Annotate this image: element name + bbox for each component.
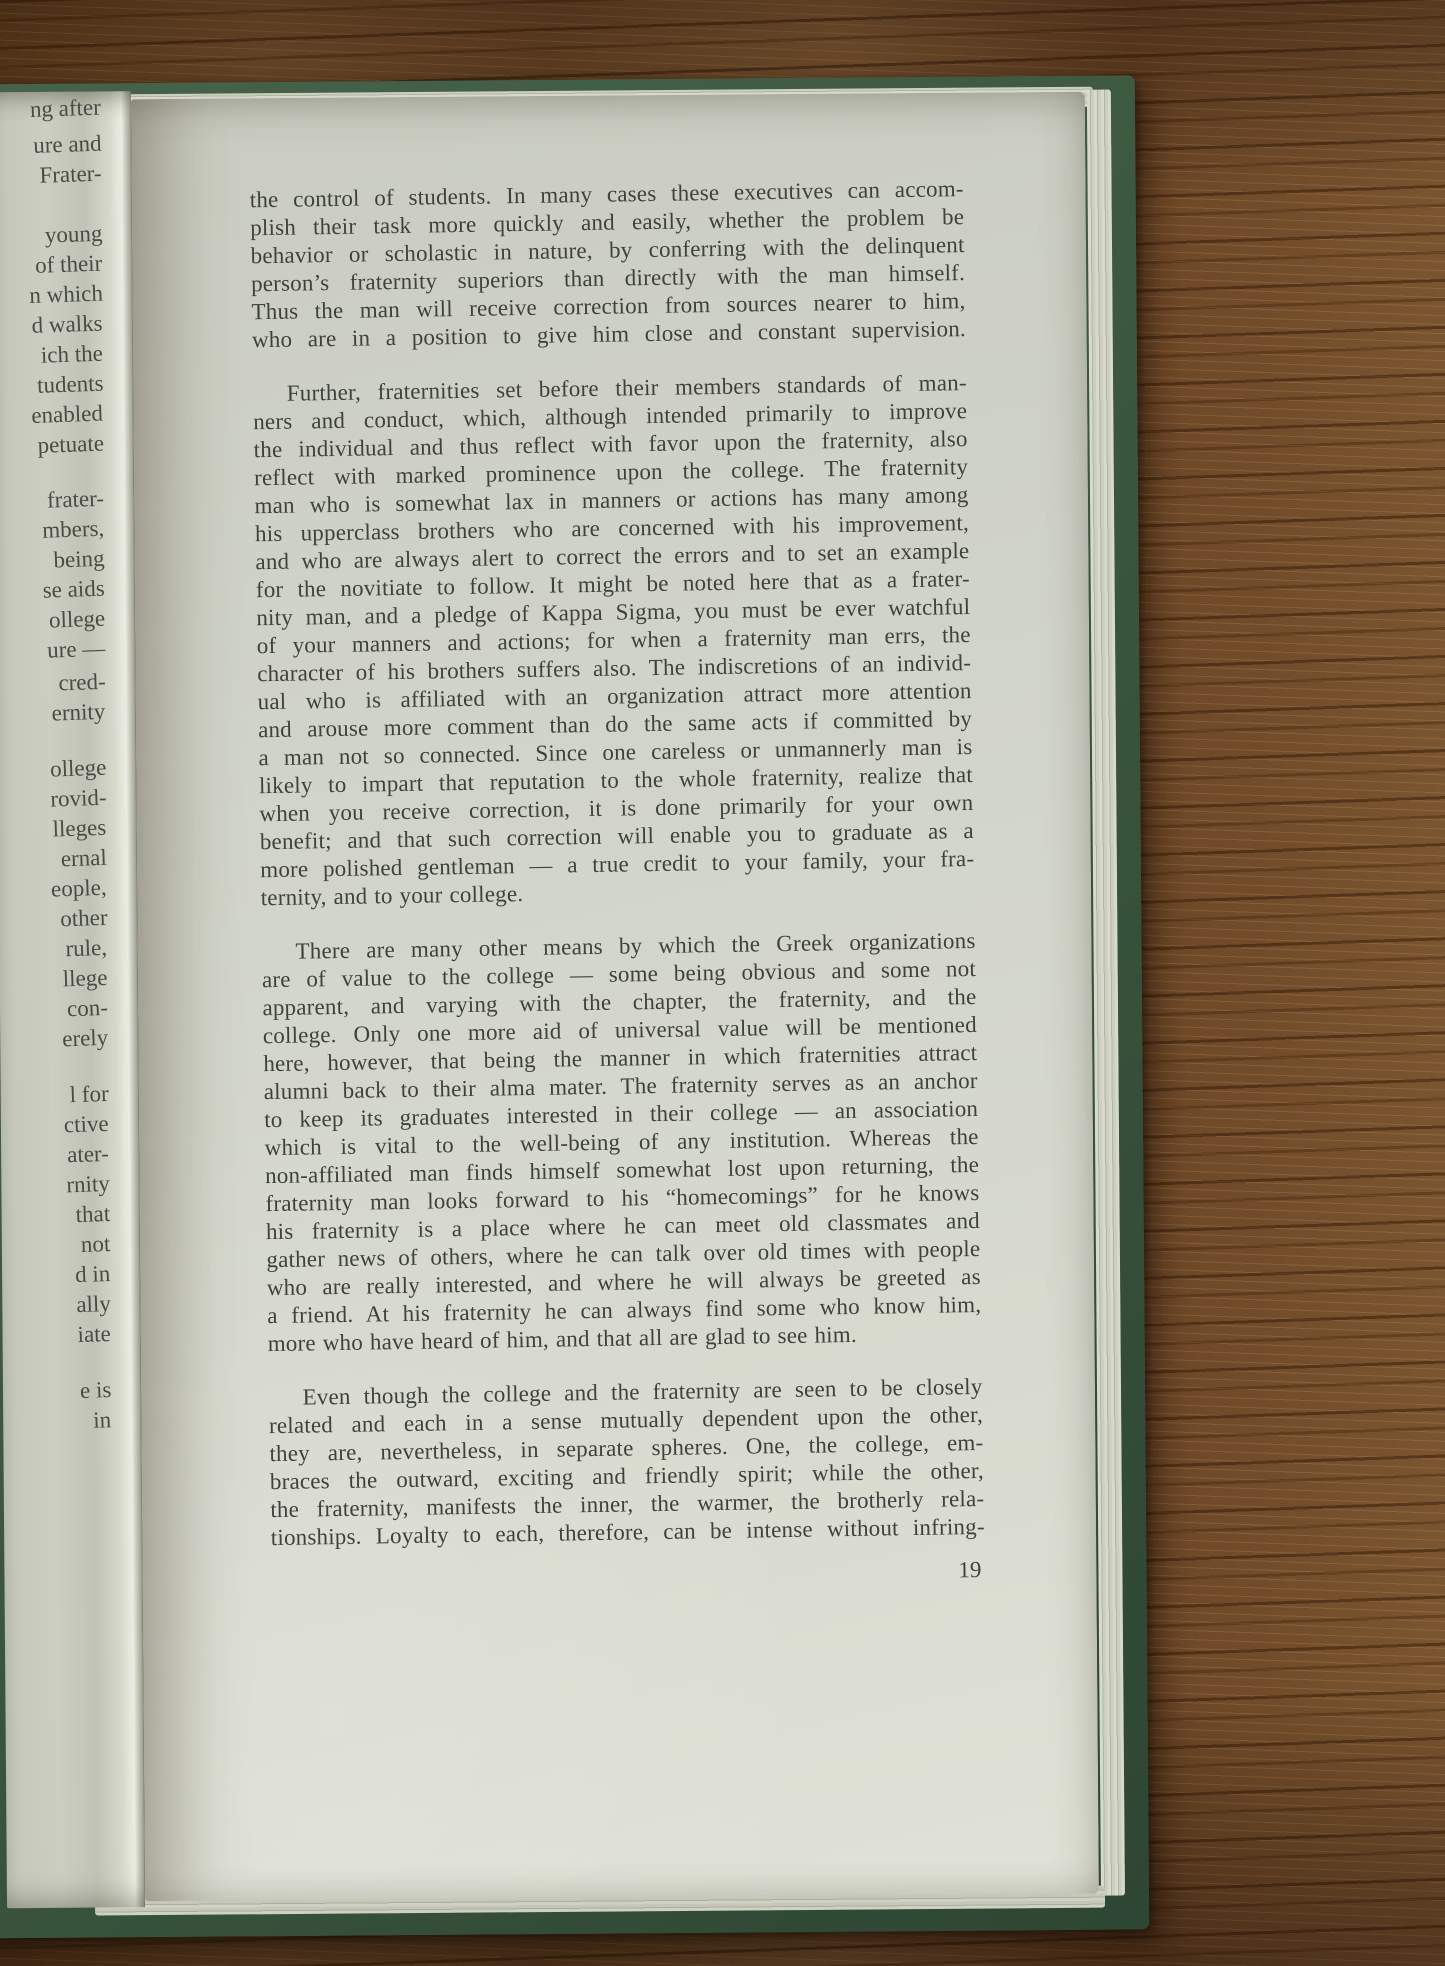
page-fragment-text: erely <box>62 1025 109 1053</box>
page-fragment-text: being <box>53 546 105 574</box>
page-fragment-text: rnity <box>65 1171 109 1198</box>
paragraphs-container: the control of students. In many cases t… <box>250 175 985 1552</box>
page-fragment-text: petuate <box>37 431 104 459</box>
page-fragment-text: l for <box>69 1081 109 1108</box>
page-fragment-text: ally <box>75 1291 110 1318</box>
page-fragment-text: tudents <box>36 371 103 399</box>
page-fragment-text: mbers, <box>42 516 105 544</box>
book-photo: ng afterure andFrater-youngof theirn whi… <box>0 0 1445 1966</box>
page-fragment-text: rovid- <box>50 785 107 813</box>
page-fragment-text: con- <box>67 995 109 1022</box>
page-fragment-text: rule, <box>66 935 108 962</box>
page-fragment-text: that <box>75 1201 110 1228</box>
left-page-edge: ng afterure andFrater-youngof theirn whi… <box>0 91 145 1908</box>
page-fragment-text: llege <box>63 965 109 993</box>
page-fragment-text: of their <box>35 251 103 279</box>
paragraph: the control of students. In many cases t… <box>250 175 967 354</box>
page-fragment-text: cred- <box>58 669 106 697</box>
page-fragment-text: ng after <box>30 95 102 123</box>
page-fragment-text: Frater- <box>39 161 102 189</box>
page-fragment-text: se aids <box>42 576 105 604</box>
page-fragment-text: n which <box>29 281 103 309</box>
page-fragment-text: d walks <box>31 311 103 339</box>
page-fragment-text: eople, <box>51 875 107 903</box>
page-fragment-text: d in <box>75 1261 111 1288</box>
page-fragment-text: ollege <box>48 606 105 634</box>
page-number: 19 <box>271 1557 985 1594</box>
page-fragment-text: frater- <box>47 486 105 514</box>
page-fragment-text: ater- <box>67 1141 110 1168</box>
main-page: the control of students. In many cases t… <box>131 92 1099 1901</box>
page-fragment-text: not <box>80 1231 110 1258</box>
book: ng afterure andFrater-youngof theirn whi… <box>0 75 1149 1938</box>
page-fragment-text: other <box>60 905 108 933</box>
page-fragment-text: ollege <box>49 755 106 783</box>
paragraph: Even though the college and the fraterni… <box>268 1373 985 1552</box>
page-fragment-text: ctive <box>64 1111 110 1139</box>
paragraph: Further, fraternities set before their m… <box>253 369 975 912</box>
page-text: the control of students. In many cases t… <box>250 175 986 1594</box>
page-fragment-text: enabled <box>31 401 103 429</box>
page-fragment-text: in <box>93 1407 112 1434</box>
page-fragment-text: ernal <box>60 845 107 873</box>
page-fragment-text: lleges <box>53 815 108 843</box>
page-fragment-text: iate <box>77 1321 111 1348</box>
page-fragment-text: ure and <box>32 131 101 159</box>
page-fragment-text: ure — <box>47 636 106 664</box>
page-fragment-text: e is <box>79 1377 111 1404</box>
page-fragment-text: young <box>44 221 102 249</box>
paragraph: There are many other means by which the … <box>261 927 982 1358</box>
page-fragment-text: ich the <box>40 341 103 369</box>
page-fragment-text: ernity <box>52 699 107 727</box>
